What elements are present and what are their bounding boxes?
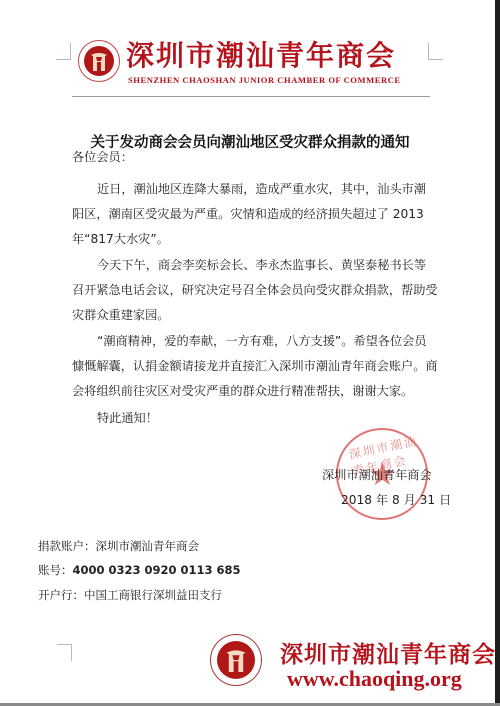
- account-name-line: 捐款账户：深圳市潮汕青年商会: [38, 538, 199, 554]
- chamber-emblem-icon: [78, 40, 120, 82]
- crop-mark-top-left: [56, 43, 71, 60]
- paragraph-1: 近日，潮汕地区连降大暴雨，造成严重水灾，其中，汕头市潮阳区，潮南区受灾最为严重。…: [72, 177, 438, 252]
- signature-date: 2018 年 8 月 31 日: [341, 491, 451, 508]
- account-number-value: 4000 0323 0920 0113 685: [73, 563, 241, 577]
- letterhead-divider: [72, 96, 430, 97]
- crop-mark-bottom-left: [57, 644, 72, 661]
- bank-label: 开户行：: [38, 588, 84, 602]
- signature-org: 深圳市潮汕青年商会: [322, 466, 432, 483]
- letterhead-org-name-english: SHENZHEN CHAOSHAN JUNIOR CHAMBER OF COMM…: [128, 75, 401, 85]
- account-number-label: 账号：: [38, 563, 73, 577]
- letterhead: 深圳市潮汕青年商会 SHENZHEN CHAOSHAN JUNIOR CHAMB…: [78, 38, 408, 94]
- account-name-value: 深圳市潮汕青年商会: [96, 539, 200, 553]
- account-number-line: 账号：4000 0323 0920 0113 685: [38, 562, 241, 578]
- paragraph-2: 今天下午，商会李奕标会长、李永杰监事长、黄坚泰秘书长等召开紧急电话会议，研究决定…: [72, 253, 438, 328]
- footer-org-name: 深圳市潮汕青年商会: [280, 636, 496, 669]
- greeting: 各位会员：: [72, 145, 438, 170]
- footer-website: www.chaoqing.org: [287, 666, 462, 692]
- footer-emblem-icon: [210, 634, 262, 686]
- closing-line: 特此通知！: [97, 406, 463, 431]
- bank-line: 开户行：中国工商银行深圳益田支行: [38, 587, 222, 603]
- account-name-label: 捐款账户：: [38, 539, 96, 553]
- paragraph-3: “潮商精神，爱的奉献，一方有难，八方支援”。希望各位会员慷慨解囊，认捐金额请接龙…: [72, 329, 438, 404]
- crop-mark-top-right: [428, 43, 443, 60]
- bank-value: 中国工商银行深圳益田支行: [84, 588, 222, 602]
- image-right-border: [495, 0, 500, 706]
- letterhead-org-name: 深圳市潮汕青年商会: [126, 38, 396, 74]
